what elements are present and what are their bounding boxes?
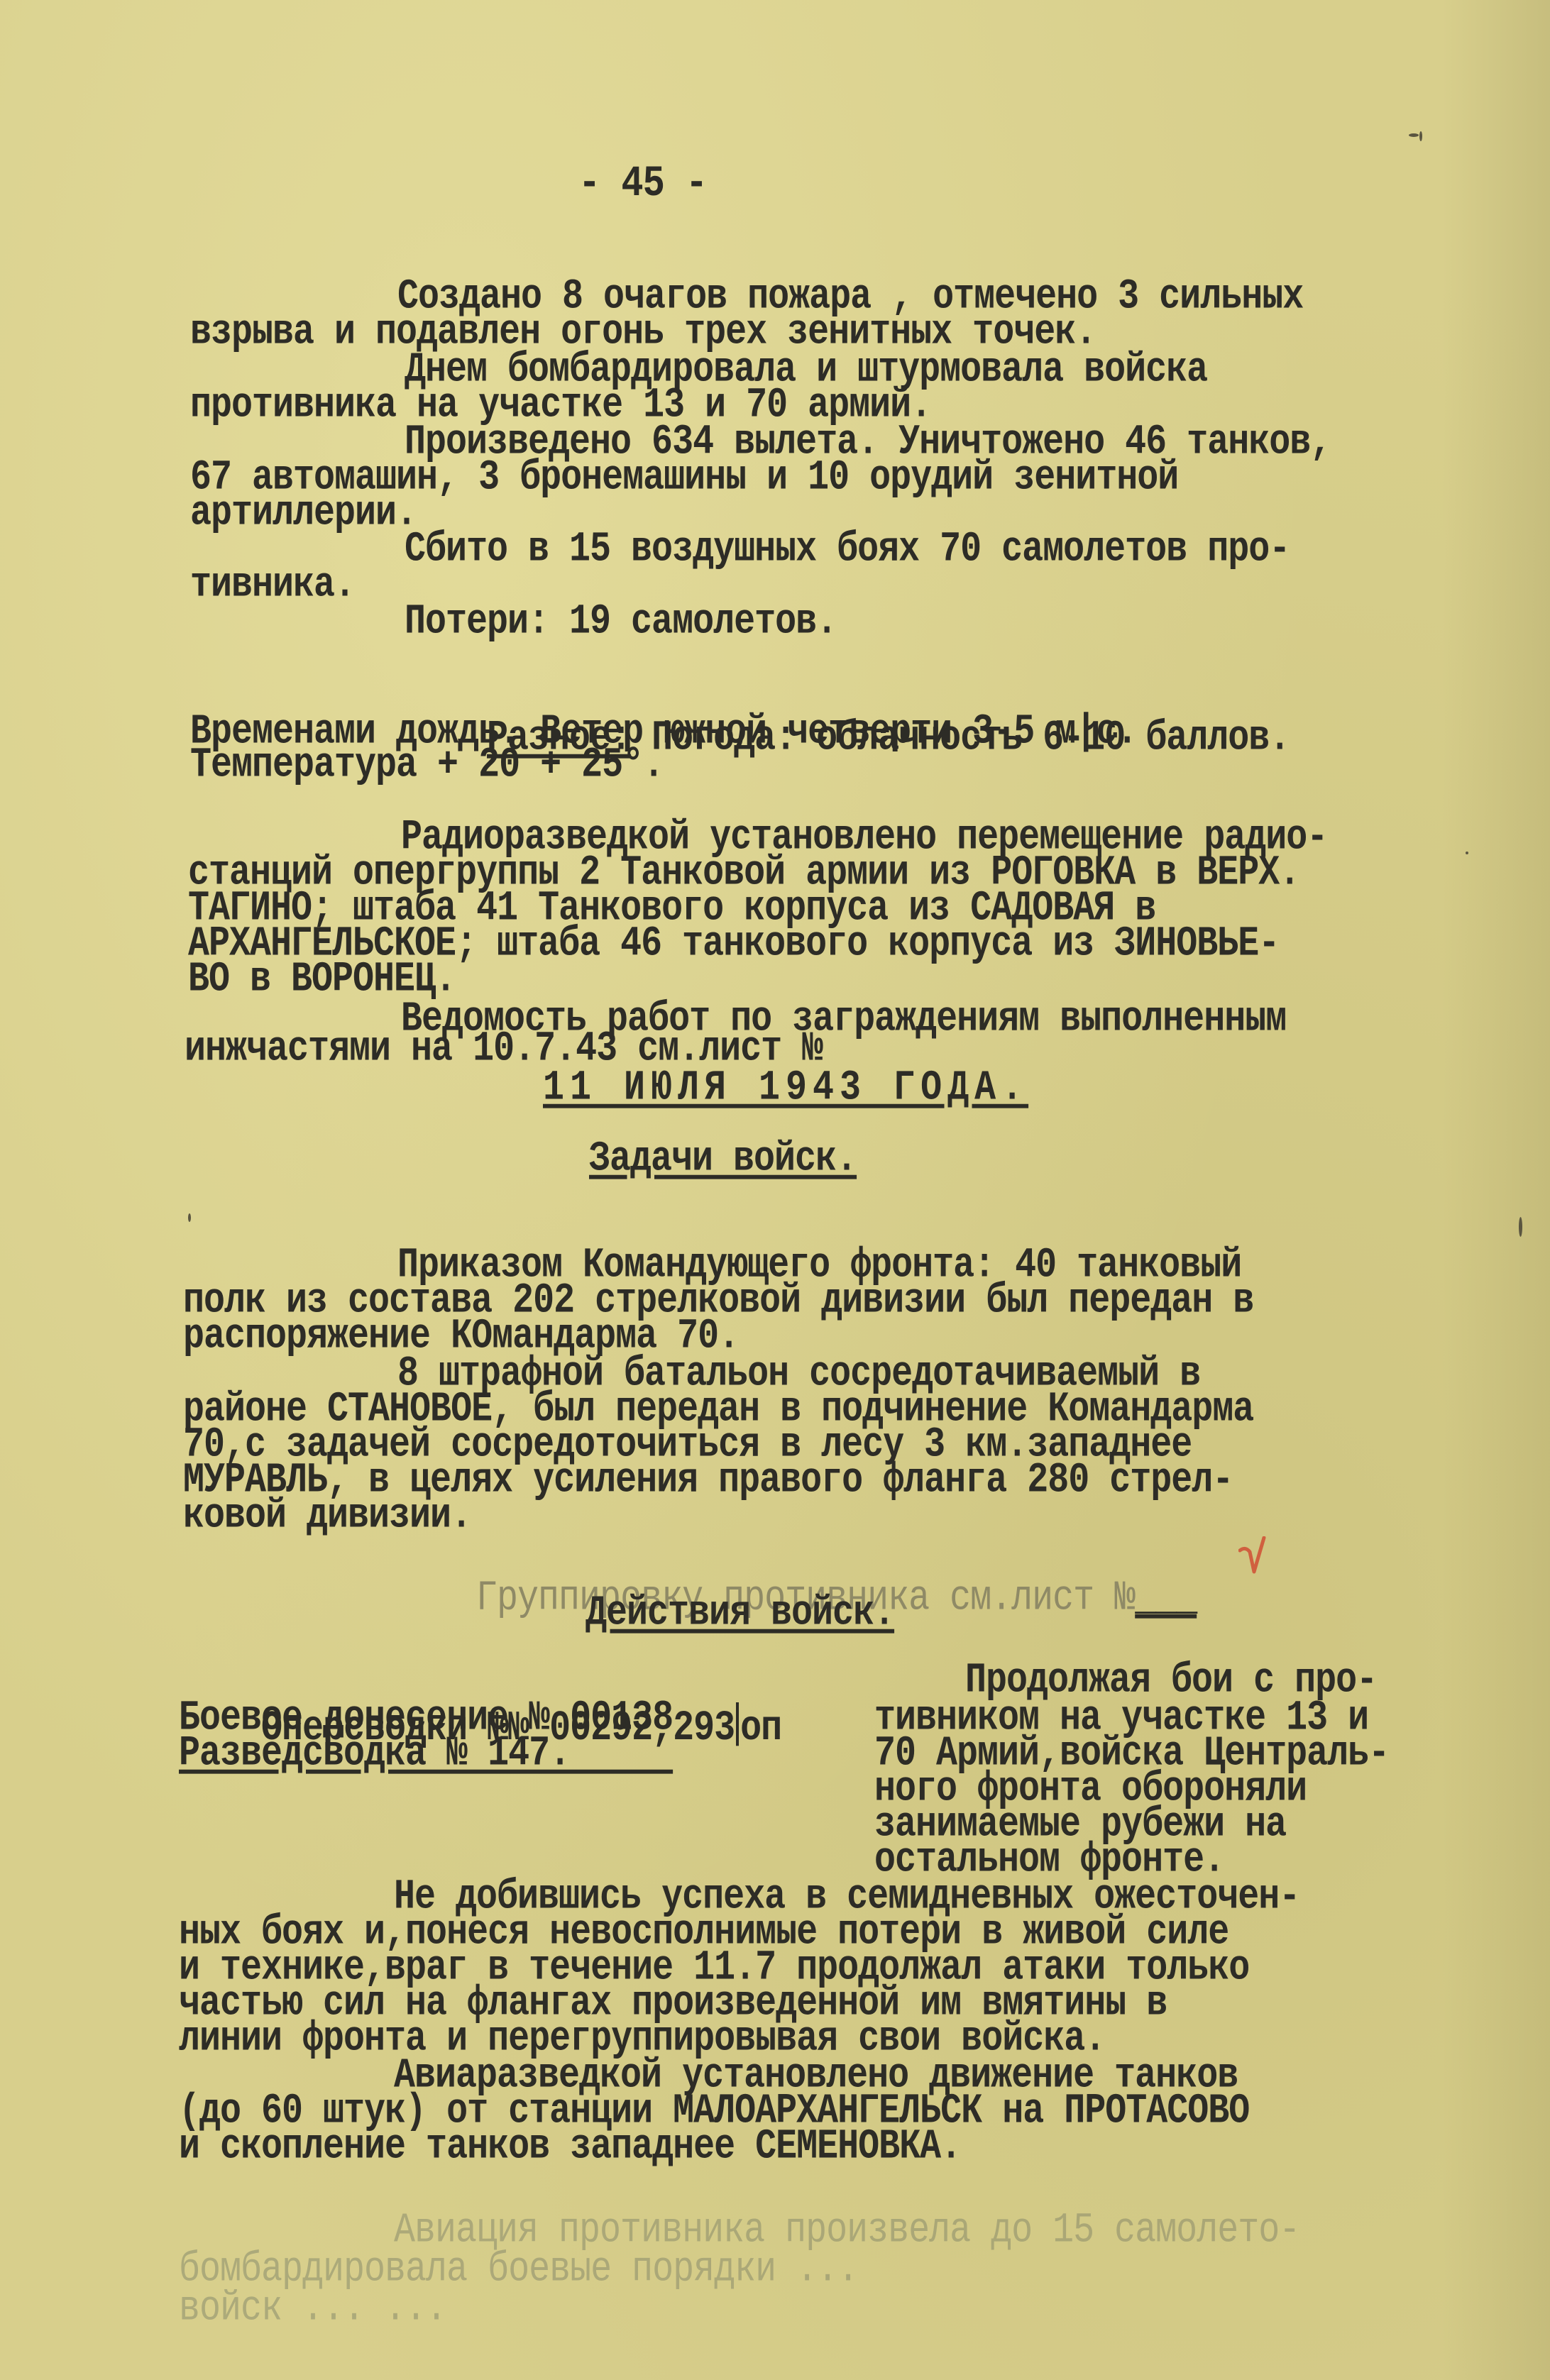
archival-document-page: - 45 - Создано 8 очагов пожара , отмечен… bbox=[0, 0, 1550, 2380]
date-heading: 11 ИЮЛЯ 1943 ГОДА. bbox=[543, 1068, 1028, 1110]
page-number: - 45 - bbox=[578, 163, 707, 205]
misc-weather-line-3: Температура + 20 + 25°. bbox=[190, 745, 664, 787]
tasks-heading: Задачи войск. bbox=[589, 1139, 857, 1181]
enemy-grouping-blank: ___ bbox=[1135, 1575, 1197, 1622]
paper-speck bbox=[1409, 133, 1419, 137]
vertical-bar bbox=[736, 1702, 739, 1746]
radio-recon-line-5: ВО в ВОРОНЕЦ. bbox=[188, 959, 456, 1001]
paper-speck bbox=[188, 1213, 191, 1222]
paper-speck bbox=[1466, 852, 1468, 854]
actions-heading: Действия войск. bbox=[586, 1593, 894, 1635]
red-check-mark-icon bbox=[1238, 1536, 1267, 1575]
paragraph-sorties-line-3: артиллерии. bbox=[190, 493, 417, 535]
paper-speck bbox=[1519, 1217, 1522, 1237]
actions-paragraph-2-line-3: и скопление танков западнее СЕМЕНОВКА. bbox=[179, 2127, 961, 2169]
sidebar-op-text: оп bbox=[740, 1705, 781, 1753]
sidebar-recon-summary: Разведсводка № 147. bbox=[179, 1734, 673, 1775]
paragraph-shotdown-line-2: тивника. bbox=[190, 565, 355, 607]
tasks-paragraph-2-line-5: ковой дивизии. bbox=[183, 1496, 471, 1538]
paragraph-losses: Потери: 19 самолетов. bbox=[405, 602, 837, 644]
paper-speck bbox=[1419, 131, 1422, 141]
paragraph-shotdown-line-1: Сбито в 15 воздушных боях 70 самолетов п… bbox=[405, 529, 1290, 571]
faded-line-3: войск ... ... bbox=[179, 2288, 446, 2330]
